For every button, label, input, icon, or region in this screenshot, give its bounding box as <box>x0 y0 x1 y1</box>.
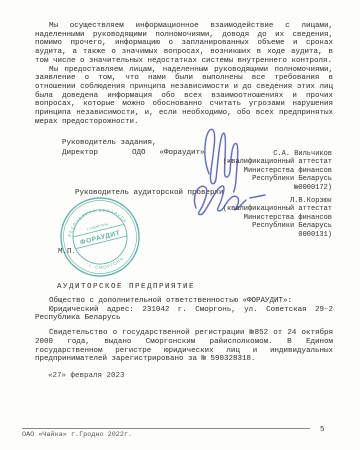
signatory1-role-line2: Директор ОДО «Фораудит» <box>62 148 205 158</box>
place-of-seal-label: М.П. <box>58 248 76 256</box>
signatory1-role: Руководитель задания, Директор ОДО «Фора… <box>62 138 205 158</box>
stamp-ring-bottom-text: · г. СМОРГОНЬ · <box>83 251 129 274</box>
company-registration: Свидетельство о государственной регистра… <box>35 329 333 364</box>
company-details: Общество с дополнительной ответственност… <box>35 297 333 364</box>
footer-divider <box>22 428 310 429</box>
page-number: 5 <box>320 426 325 434</box>
document-page: Мы осуществляем информационное взаимодей… <box>0 0 360 450</box>
signatory1-org-type: ОДО <box>132 148 146 158</box>
signatory2-attestation-block: Л.В.Корзюк (квалификационный аттестат Ми… <box>208 197 332 239</box>
stamp-center-text: ФОРАУДИТ <box>79 230 121 247</box>
document-date: «27» февраля 2023 <box>48 372 125 380</box>
signatory1-title: Директор <box>62 148 98 158</box>
stamp-small-top-text: г. СМОРГОНЬ <box>86 222 109 231</box>
company-stamp: РЕСПУБЛИКА БЕЛАРУСЬ · г. СМОРГОНЬ · г. С… <box>49 186 151 288</box>
paragraph-communication: Мы осуществляем информационное взаимодей… <box>35 22 333 66</box>
company-name-line: Общество с дополнительной ответственност… <box>35 297 333 306</box>
company-address-line: Юридический адрес: 231042 г. Сморгонь, у… <box>35 306 333 323</box>
signatory2-attestation: (квалификационный аттестат Министерства … <box>208 205 332 239</box>
signatory1-role-line1: Руководитель задания, <box>62 138 205 148</box>
section-heading: АУДИТОРСКОЕ ПРЕДПРИЯТИЕ <box>57 283 195 291</box>
paragraph-independence: Мы предоставляем лицам, наделенным руков… <box>35 66 333 127</box>
svg-text:· г. СМОРГОНЬ ·: · г. СМОРГОНЬ · <box>83 251 129 274</box>
footer-company-label: ОАО «Чайка» г.Гродно 2022г. <box>22 431 132 439</box>
body-paragraphs: Мы осуществляем информационное взаимодей… <box>35 22 333 126</box>
